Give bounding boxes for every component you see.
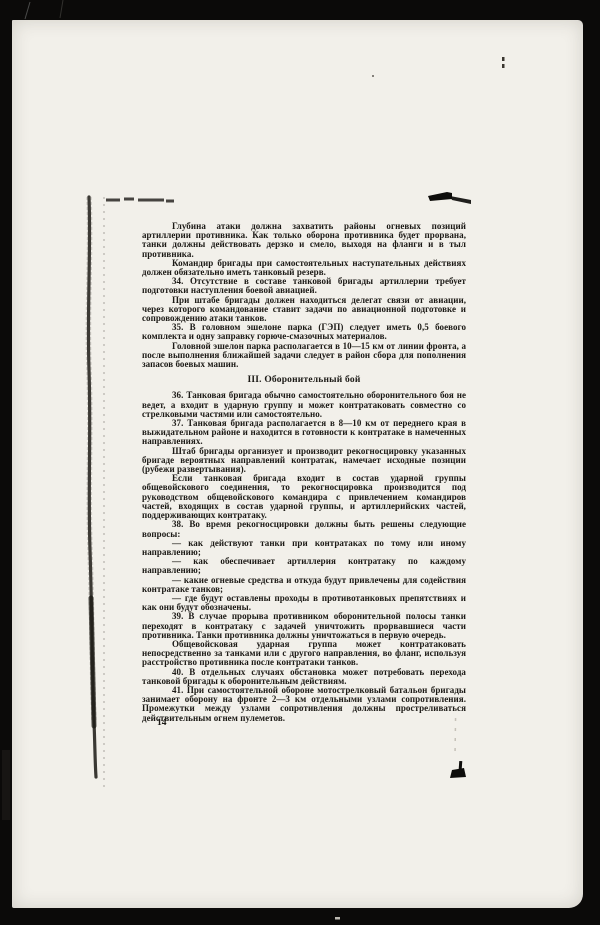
paragraphs-bottom: 36. Танковая бригада обычно самостоятель…	[142, 391, 466, 722]
paragraph: — как обеспечивает артиллерия контратаку…	[142, 557, 466, 575]
paragraph: 38. Во время рекогносцировки должны быть…	[142, 520, 466, 538]
paragraph: — где будут оставлены проходы в противот…	[142, 594, 466, 612]
paragraph: 39. В случае прорыва противником оборони…	[142, 612, 466, 640]
book-page: Глубина атаки должна захватить районы ог…	[12, 20, 583, 908]
paragraph: 35. В головном эшелоне парка (ГЭП) следу…	[142, 323, 466, 341]
paragraph: Глубина атаки должна захватить районы ог…	[142, 222, 466, 259]
paragraph: Головной эшелон парка располагается в 10…	[142, 342, 466, 370]
paragraph: 41. При самостоятельной обороне мотостре…	[142, 686, 466, 723]
paragraphs-top: Глубина атаки должна захватить районы ог…	[142, 222, 466, 369]
paragraph: — как действуют танки при контратаках по…	[142, 539, 466, 557]
paragraph: При штабе бригады должен находиться деле…	[142, 296, 466, 324]
paragraph: Если танковая бригада входит в состав уд…	[142, 474, 466, 520]
page-number: 14	[157, 718, 167, 728]
paragraph: 40. В отдельных случаях обстановка может…	[142, 668, 466, 686]
paragraph: Штаб бригады организует и производит рек…	[142, 447, 466, 475]
paragraph: 37. Танковая бригада располагается в 8—1…	[142, 419, 466, 447]
paragraph: 34. Отсутствие в составе танковой бригад…	[142, 277, 466, 295]
scanned-book-photo: { "colors":{ "page-bg":"#f2f0ea", "scan-…	[0, 0, 600, 925]
section-heading: III. Оборонительный бой	[142, 376, 466, 385]
paragraph: Командир бригады при самостоятельных нас…	[142, 259, 466, 277]
text-column: Глубина атаки должна захватить районы ог…	[142, 222, 466, 723]
paragraph: 36. Танковая бригада обычно самостоятель…	[142, 391, 466, 419]
paragraph: Общевойсковая ударная группа может контр…	[142, 640, 466, 668]
paragraph: — какие огневые средства и откуда будут …	[142, 576, 466, 594]
